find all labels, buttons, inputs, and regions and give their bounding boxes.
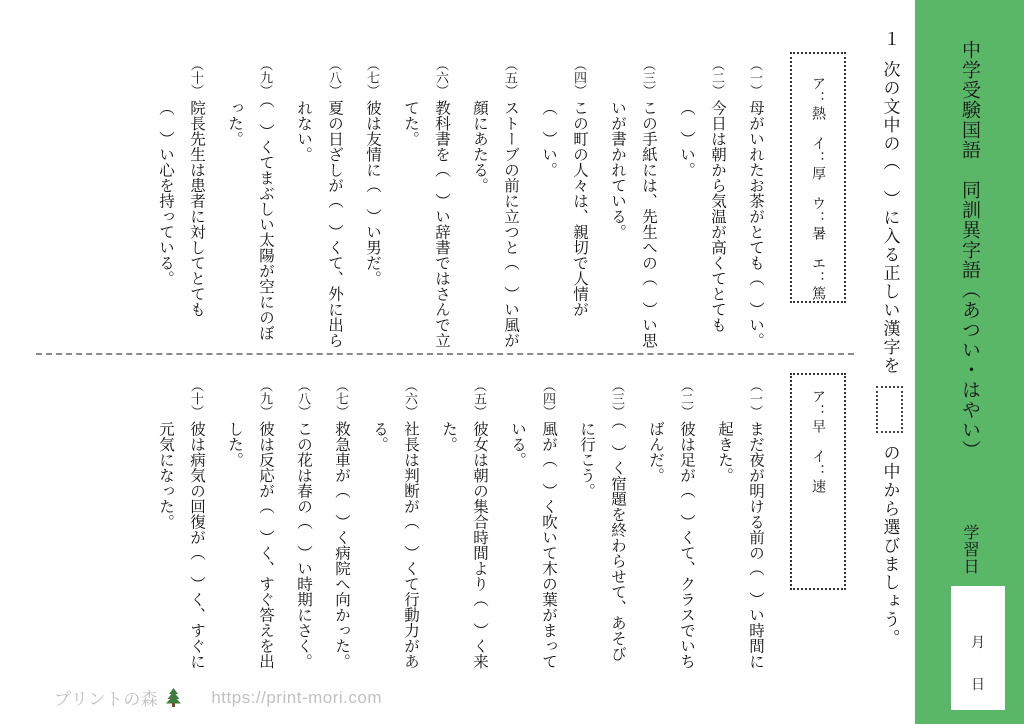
question-number: （十） <box>189 58 204 100</box>
question-number: （九） <box>258 379 273 421</box>
section-hayai: ア：早 イ：速 （一）まだ夜が明ける前の（ ）い時間に起きた。 （二）彼は足が（… <box>143 373 848 673</box>
worksheet-title: 中学受験国語 同訓異字語（あつい・はやい） <box>956 40 983 510</box>
question-hayai-9: （九）彼は反応が（ ）く、すぐ答えを出した。 <box>219 373 281 673</box>
question-text: 彼は反応が（ ）く、すぐ答えを出した。 <box>226 421 274 669</box>
choices-hayai: ア：早 イ：速 <box>811 389 827 494</box>
choices-box-hayai: ア：早 イ：速 <box>790 373 846 590</box>
question-hayai-10: （十）彼は病気の回復が（ ）く、すぐに元気になった。 <box>150 373 212 673</box>
question-text: 救急車が（ ）く病院へ向かった。 <box>333 421 350 669</box>
question-hayai-5: （五）彼女は朝の集合時間より（ ）く来た。 <box>433 373 495 673</box>
worksheet-page: １次の文中の（ ）に入る正しい漢字をの中から選びましょう。 ア：熱 イ：厚 ウ：… <box>0 0 1024 724</box>
question-text: ストーブの前に立つと（ ）い風が顔にあたる。 <box>471 100 519 348</box>
instruction-text-after: の中から選びましょう。 <box>881 444 900 648</box>
question-atsui-6: （六）教科書を（ ）い辞書ではさんで立てた。 <box>395 52 457 352</box>
question-hayai-2: （二）彼は足が（ ）くて、クラスでいちばんだ。 <box>640 373 702 673</box>
question-text: （ ）くてまぶしい太陽が空にのぼった。 <box>226 100 274 340</box>
question-hayai-6: （六）社長は判断が（ ）くて行動力がある。 <box>364 373 426 673</box>
question-number: （七） <box>334 379 349 421</box>
question-atsui-5: （五）ストーブの前に立つと（ ）い風が顔にあたる。 <box>464 52 526 352</box>
question-text: 彼は足が（ ）くて、クラスでいちばんだ。 <box>647 421 695 669</box>
question-text: 夏の日ざしが（ ）くて、外に出られない。 <box>295 100 343 348</box>
question-atsui-8: （八）夏の日ざしが（ ）くて、外に出られない。 <box>288 52 350 352</box>
question-number: （六） <box>403 379 418 421</box>
question-number: （五） <box>472 379 487 421</box>
question-number: （一） <box>748 58 763 100</box>
instruction: １次の文中の（ ）に入る正しい漢字をの中から選びましょう。 <box>876 30 903 680</box>
question-text: 今日は朝から気温が高くてとても（ ）い。 <box>678 100 726 333</box>
question-text: 社長は判断が（ ）くて行動力がある。 <box>371 421 419 669</box>
question-text: 母がいれたお茶がとても（ ）い。 <box>747 100 764 348</box>
choices-atsui: ア：熱 イ：厚 ウ：暑 エ：篤 <box>811 76 827 301</box>
instruction-text-before: 次の文中の（ ）に入る正しい漢字を <box>881 61 900 376</box>
question-atsui-4: （四）この町の人々は、親切で人情が（ ）い。 <box>533 52 595 352</box>
tree-icon <box>166 688 181 707</box>
question-number: （六） <box>434 58 449 100</box>
question-number: （一） <box>748 379 763 421</box>
question-text: 教科書を（ ）い辞書ではさんで立てた。 <box>402 100 450 348</box>
instruction-number: １ <box>881 30 900 61</box>
question-atsui-1: （一）母がいれたお茶がとても（ ）い。 <box>740 52 771 352</box>
question-hayai-8: （八）この花は春の（ ）い時期にさく。 <box>288 373 319 673</box>
site-brand: プリントの森 <box>54 685 158 710</box>
date-box: 月 日 <box>951 586 1005 710</box>
question-atsui-2: （二）今日は朝から気温が高くてとても（ ）い。 <box>671 52 733 352</box>
question-text: 彼女は朝の集合時間より（ ）く来た。 <box>440 421 488 669</box>
question-text: この手紙には、先生への（ ）い思いが書かれている。 <box>609 100 657 348</box>
question-hayai-3: （三）（ ）く宿題を終わらせて、あそびに行こう。 <box>571 373 633 673</box>
question-number: （八） <box>327 58 342 100</box>
question-text: この花は春の（ ）い時期にさく。 <box>295 421 312 669</box>
question-number: （二） <box>710 58 725 100</box>
question-number: （三） <box>610 379 625 421</box>
question-number: （二） <box>679 379 694 421</box>
question-text: 彼は病気の回復が（ ）く、すぐに元気になった。 <box>157 421 205 669</box>
question-hayai-7: （七）救急車が（ ）く病院へ向かった。 <box>326 373 357 673</box>
question-atsui-9: （九）（ ）くてまぶしい太陽が空にのぼった。 <box>219 52 281 352</box>
question-hayai-4: （四）風が（ ）く吹いて木の葉がまっている。 <box>502 373 564 673</box>
question-text: 彼は友情に（ ）い男だ。 <box>364 100 381 286</box>
question-text: 風が（ ）く吹いて木の葉がまっている。 <box>509 421 557 669</box>
title-sidebar: 中学受験国語 同訓異字語（あつい・はやい） 学習日 月 日 <box>915 0 1024 724</box>
question-hayai-1: （一）まだ夜が明ける前の（ ）い時間に起きた。 <box>709 373 771 673</box>
question-number: （八） <box>296 379 311 421</box>
choices-box-atsui: ア：熱 イ：厚 ウ：暑 エ：篤 <box>790 52 846 303</box>
question-number: （三） <box>641 58 656 100</box>
question-number: （五） <box>503 58 518 100</box>
section-divider <box>36 353 854 355</box>
month-label: 月 <box>971 632 985 652</box>
question-text: （ ）く宿題を終わらせて、あそびに行こう。 <box>578 421 626 661</box>
question-number: （十） <box>189 379 204 421</box>
question-atsui-7: （七）彼は友情に（ ）い男だ。 <box>357 52 388 352</box>
question-atsui-10: （十）院長先生は患者に対してとても（ ）い心を持っている。 <box>150 52 212 352</box>
question-number: （四） <box>572 58 587 100</box>
footer: プリントの森 https://print-mori.com <box>54 685 382 710</box>
question-number: （七） <box>365 58 380 100</box>
footer-url: https://print-mori.com <box>211 688 382 708</box>
day-label: 日 <box>971 674 985 694</box>
question-text: まだ夜が明ける前の（ ）い時間に起きた。 <box>716 421 764 669</box>
choices-box-placeholder <box>876 386 903 433</box>
question-number: （九） <box>258 58 273 100</box>
section-atsui: ア：熱 イ：厚 ウ：暑 エ：篤 （一）母がいれたお茶がとても（ ）い。 （二）今… <box>143 52 848 352</box>
study-date-label: 学習日 <box>958 524 981 594</box>
question-number: （四） <box>541 379 556 421</box>
question-atsui-3: （三）この手紙には、先生への（ ）い思いが書かれている。 <box>602 52 664 352</box>
question-text: この町の人々は、親切で人情が（ ）い。 <box>540 100 588 317</box>
question-text: 院長先生は患者に対してとても（ ）い心を持っている。 <box>157 100 205 317</box>
